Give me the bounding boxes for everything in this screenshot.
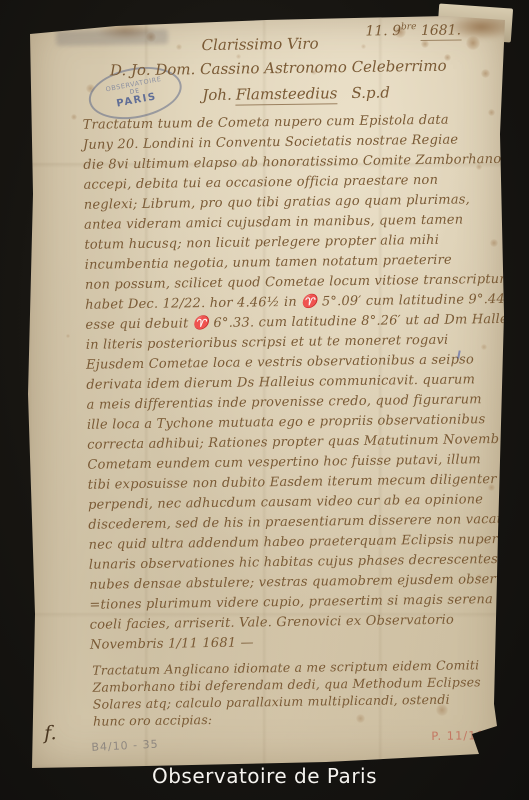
photo-background: OBSERVATOIRE DE PARIS 11. 9bre 1681. Cla… (0, 0, 529, 800)
letter-postscript: Tractatum Anglicano idiomate a me script… (92, 656, 513, 730)
salutation-name: Flamsteedius (236, 84, 338, 105)
letter-salutation: Joh.FlamsteediusS.p.d (202, 83, 390, 104)
archival-red-shelfmark: P. 11/10 (431, 728, 485, 743)
letter-heading-line2: D. Jo. Dom. Cassino Astronomo Celeberrim… (110, 57, 447, 80)
date-year: 1681. (421, 22, 461, 41)
letter-date: 11. 9bre 1681. (365, 21, 461, 39)
archival-pencil-shelfmark: B4/10 - 35 (91, 738, 159, 754)
date-day-month: 11. 9 (365, 23, 401, 39)
letter-body: Tractatum tuum de Cometa nupero cum Epis… (83, 110, 512, 656)
salutation-suffix: S.p.d (351, 83, 390, 102)
photo-caption: Observatoire de Paris (0, 764, 529, 788)
letter-heading-line1: Clarissimo Viro (201, 34, 318, 54)
archival-ink-mark: f. (44, 722, 57, 744)
salutation-prefix: Joh. (202, 86, 232, 104)
manuscript-paper: OBSERVATOIRE DE PARIS 11. 9bre 1681. Cla… (26, 14, 508, 770)
date-superscript: bre (401, 22, 417, 32)
